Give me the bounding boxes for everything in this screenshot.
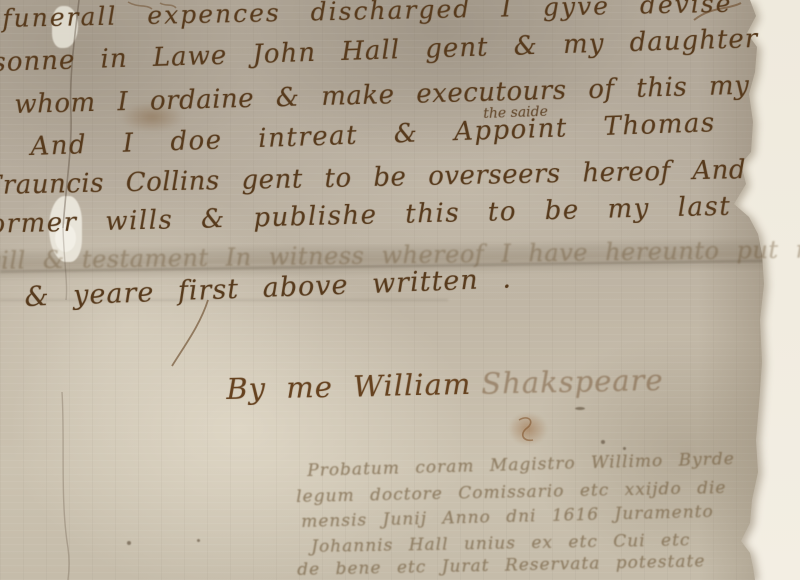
manuscript-photo: funerall expences discharged I gyve devi… xyxy=(0,0,800,580)
interlineation-the-saide: the saide xyxy=(483,104,548,122)
signature-surname-faded: Shakspeare xyxy=(481,363,664,401)
vertical-crease-bottom xyxy=(62,392,69,580)
long-descender-stroke xyxy=(172,300,208,366)
ink-flourish-mark xyxy=(519,418,533,440)
signature-by-me-william: By me William xyxy=(226,367,472,406)
